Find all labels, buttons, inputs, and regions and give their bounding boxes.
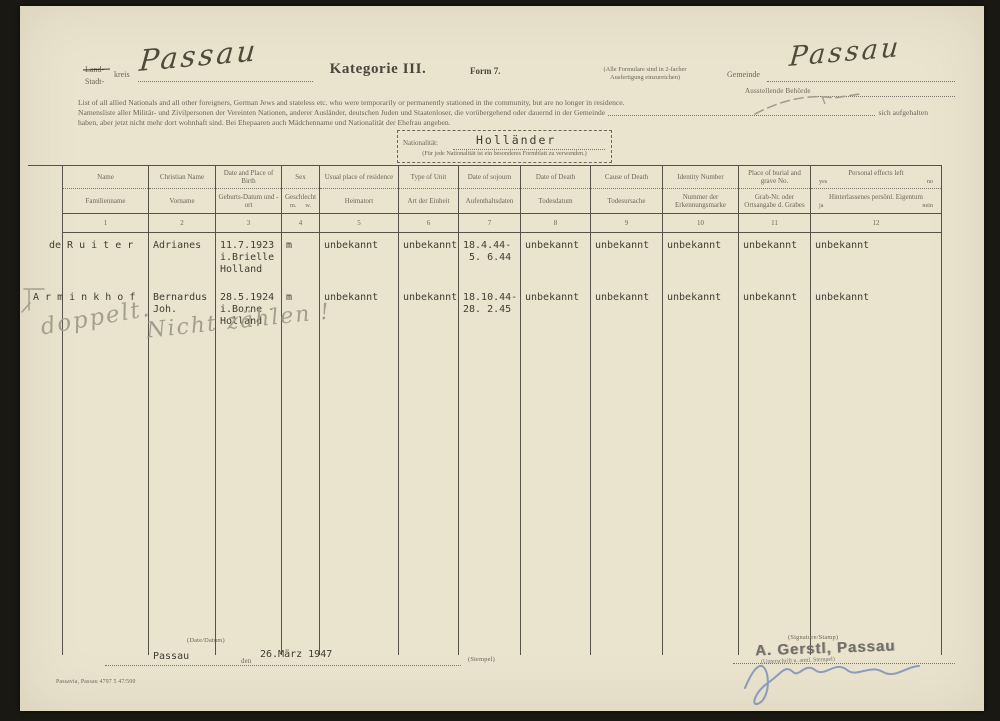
pencil-check-mark <box>20 282 50 316</box>
date-dotted-line <box>105 664 461 666</box>
empty-cell-col4 <box>282 342 320 655</box>
col4-header-en: Sex <box>282 166 320 189</box>
col10-header-de: Nummer der Erkennungsmarke <box>663 189 739 214</box>
cell-row2-col11: unbekannt <box>739 285 811 342</box>
col9-header-en: Cause of Death <box>591 166 663 189</box>
empty-cell-col5 <box>320 342 399 655</box>
table-row-1: de R u i t e rAdrianes11.7.1923 i.Briell… <box>63 233 942 285</box>
scanned-form-page: { "header": { "land_label": "Land-", "st… <box>0 0 1000 721</box>
col4-header-num: 4 <box>282 214 320 233</box>
table-empty-area <box>63 342 942 655</box>
col1-header-num: 1 <box>63 214 149 233</box>
col11-header-de: Grab-Nr. oder Ortsangabe d. Grabes <box>739 189 811 214</box>
typed-place: Passau <box>153 651 189 662</box>
gemeinde-label: Gemeinde <box>727 70 760 79</box>
col9-header-num: 9 <box>591 214 663 233</box>
col9-header-de: Todesursache <box>591 189 663 214</box>
col10-header-en: Identity Number <box>663 166 739 189</box>
nationality-note: (Für jede Nationalität ist ein besondere… <box>402 150 607 157</box>
empty-cell-col2 <box>149 342 216 655</box>
col7-header-en: Date of sojourn <box>459 166 521 189</box>
cell-row2-col6: unbekannt <box>399 285 459 342</box>
form-title: Kategorie III. <box>308 61 448 78</box>
col7-header-num: 7 <box>459 214 521 233</box>
col5-header-de: Heimatort <box>320 189 399 214</box>
cell-row1-col12: unbekannt <box>811 233 942 285</box>
handwritten-kreis-value: Passau <box>138 33 260 78</box>
cell-row1-col9: unbekannt <box>591 233 663 285</box>
copies-note: (Alle Formulare sind in 2-facher Ausfert… <box>560 66 730 82</box>
col5-header-en: Usual place of residence <box>320 166 399 189</box>
col11-header-num: 11 <box>739 214 811 233</box>
cell-row2-col7: 18.10.44- 28. 2.45 <box>459 285 521 342</box>
cell-row1-col3: 11.7.1923 i.Brielle Holland <box>216 233 282 285</box>
col3-header-en: Date and Place of Birth <box>216 166 282 189</box>
date-datum-label: (Date/Datum) <box>187 637 225 644</box>
empty-cell-col11 <box>739 342 811 655</box>
col2-header-de: Vorname <box>149 189 216 214</box>
empty-cell-col6 <box>399 342 459 655</box>
kreis-label: kreis <box>114 70 130 79</box>
empty-cell-col8 <box>521 342 591 655</box>
cell-row1-col4: m <box>282 233 320 285</box>
copies-note-line2: Ausfertigung einzureichen) <box>560 74 730 82</box>
handwritten-gemeinde-value: Passau <box>788 32 903 73</box>
empty-cell-col9 <box>591 342 663 655</box>
intro-dotted-fill <box>608 115 875 116</box>
intro-line-en: List of all allied Nationals and all oth… <box>78 98 928 108</box>
col5-header-num: 5 <box>320 214 399 233</box>
col6-header-en: Type of Unit <box>399 166 459 189</box>
ink-signature <box>735 648 925 706</box>
cell-row1-col6: unbekannt <box>399 233 459 285</box>
empty-cell-col10 <box>663 342 739 655</box>
empty-cell-col12 <box>811 342 942 655</box>
col8-header-de: Todesdatum <box>521 189 591 214</box>
col12-header-en: Personal effects leftyesno <box>811 166 942 189</box>
cell-row2-col8: unbekannt <box>521 285 591 342</box>
stadt-label: Stadt- <box>85 77 104 86</box>
top-rule-extension <box>28 165 62 166</box>
col1-header-en: Name <box>63 166 149 189</box>
empty-cell-col7 <box>459 342 521 655</box>
intro-line-de1: Namensliste aller Militär- und Zivilpers… <box>78 108 928 118</box>
intro-paragraph: List of all allied Nationals and all oth… <box>78 98 928 128</box>
col10-header-num: 10 <box>663 214 739 233</box>
table-header-row-num: 123456789101112 <box>63 214 942 233</box>
nationality-label: Nationalität: <box>403 139 438 147</box>
form-table: NameChristian NameDate and Place of Birt… <box>62 165 942 655</box>
col3-header-num: 3 <box>216 214 282 233</box>
col1-header-de: Familienname <box>63 189 149 214</box>
table-header-row-en: NameChristian NameDate and Place of Birt… <box>63 166 942 189</box>
col8-header-en: Date of Death <box>521 166 591 189</box>
cell-row2-col12: unbekannt <box>811 285 942 342</box>
cell-row1-col10: unbekannt <box>663 233 739 285</box>
table-header-row-de: FamiliennameVornameGeburts-Datum und -or… <box>63 189 942 214</box>
form-paper: Land- kreis Stadt- Passau Kategorie III.… <box>20 6 984 711</box>
cell-row1-col11: unbekannt <box>739 233 811 285</box>
form-number: Form 7. <box>470 66 501 76</box>
intro-de-part2: sich aufgehalten <box>878 108 928 118</box>
col2-header-en: Christian Name <box>149 166 216 189</box>
col12-header-de: Hinterlassenes persönl. Eigentumjanein <box>811 189 942 214</box>
intro-line-de2: haben, aber jetzt nicht mehr dort wohnha… <box>78 118 928 128</box>
col6-header-de: Art der Einheit <box>399 189 459 214</box>
stempel-label: (Stempel) <box>468 656 495 663</box>
gemeinde-dotted-line <box>767 80 955 82</box>
cell-row1-col5: unbekannt <box>320 233 399 285</box>
col7-header-de: Aufenthaltsdaten <box>459 189 521 214</box>
nationality-value: Holländer <box>476 133 556 147</box>
cell-row2-col9: unbekannt <box>591 285 663 342</box>
cell-row1-col7: 18.4.44- 5. 6.44 <box>459 233 521 285</box>
cell-row1-col2: Adrianes <box>149 233 216 285</box>
col4-header-de: Geschlechtm.w. <box>282 189 320 214</box>
empty-cell-col1 <box>63 342 149 655</box>
empty-cell-col3 <box>216 342 282 655</box>
cell-row1-col8: unbekannt <box>521 233 591 285</box>
col6-header-num: 6 <box>399 214 459 233</box>
col12-header-num: 12 <box>811 214 942 233</box>
den-label: den <box>241 658 251 665</box>
col2-header-num: 2 <box>149 214 216 233</box>
intro-de-part1: Namensliste aller Militär- und Zivilpers… <box>78 108 605 118</box>
copies-note-line1: (Alle Formulare sind in 2-facher <box>560 66 730 74</box>
nationality-box: Nationalität: Holländer (Für jede Nation… <box>397 130 612 163</box>
col3-header-de: Geburts-Datum und -ort <box>216 189 282 214</box>
cell-row2-col10: unbekannt <box>663 285 739 342</box>
col8-header-num: 8 <box>521 214 591 233</box>
kreis-dotted-line <box>138 80 313 82</box>
printer-note: Passavia, Passau 4797 5 47/500 <box>56 679 136 685</box>
col11-header-en: Place of burial and grave No. <box>739 166 811 189</box>
typed-date: 26.März 1947 <box>260 649 332 660</box>
cell-row1-col1: de R u i t e r <box>63 233 149 285</box>
